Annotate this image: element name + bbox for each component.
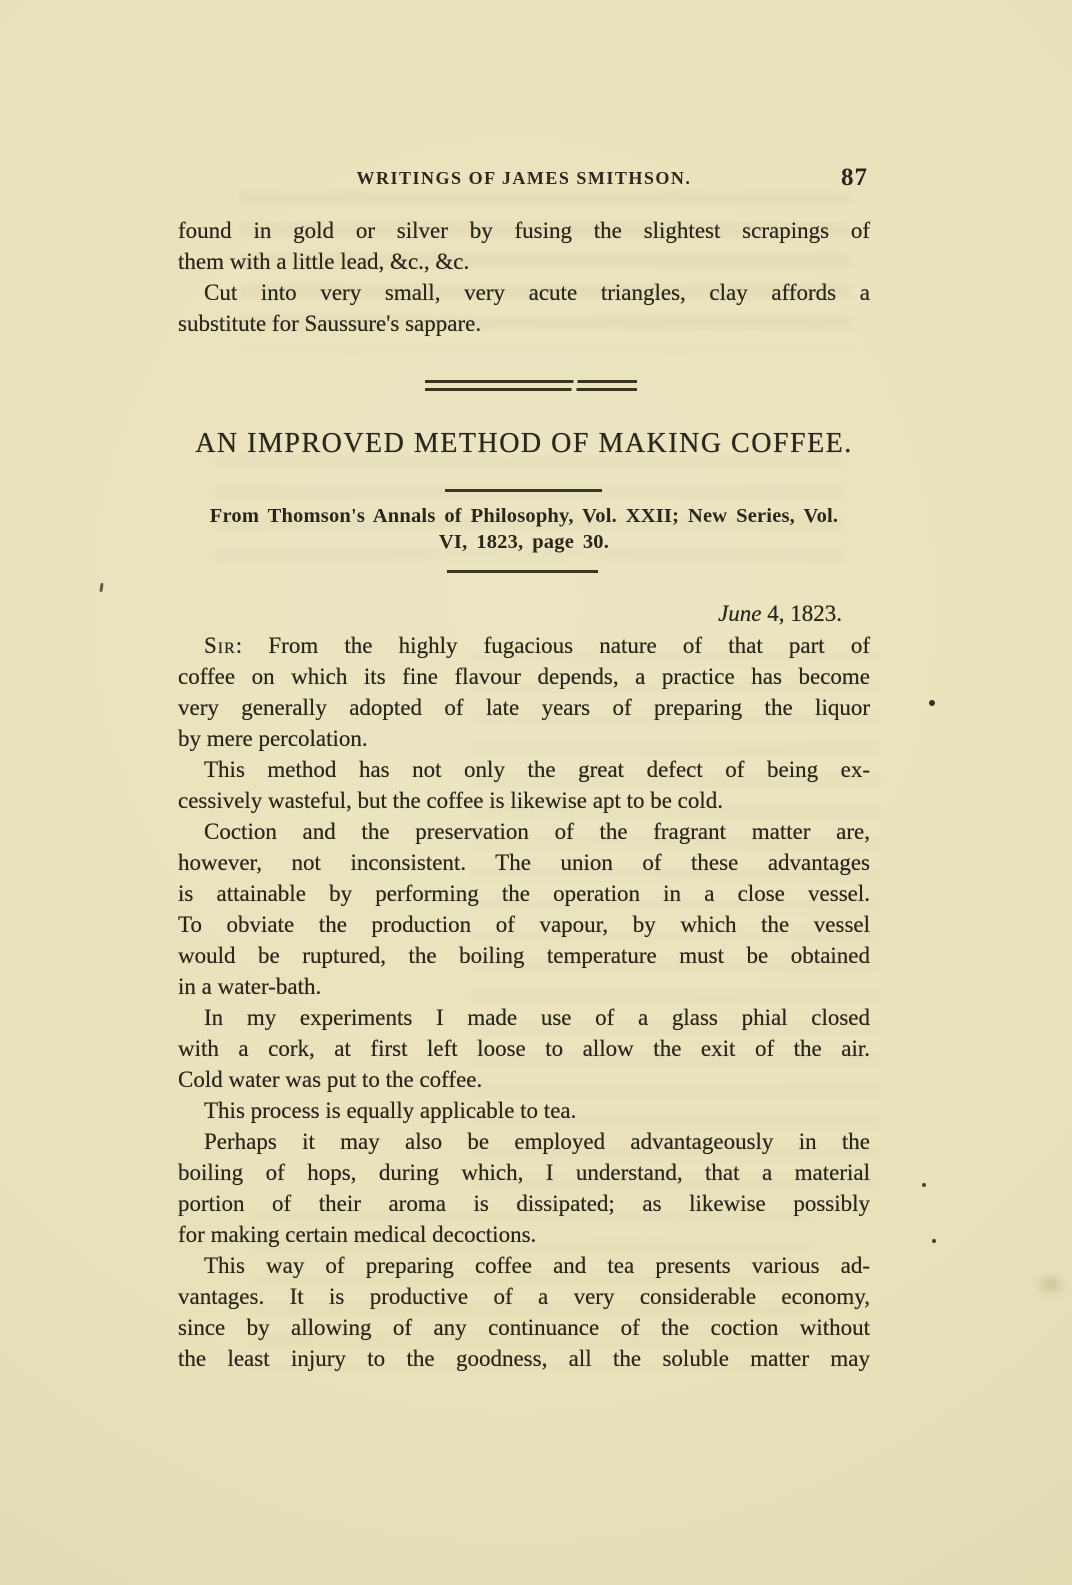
text-line: would be ruptured, the boiling temperatu… [178, 940, 870, 971]
paper-smudge [1040, 1278, 1062, 1292]
article-title: AN IMPROVED METHOD OF MAKING COFFEE. [178, 428, 870, 460]
text-line: is attainable by performing the operatio… [178, 878, 870, 909]
ink-speck [929, 700, 935, 706]
paragraph: Sir: From the highly fugacious nature of… [178, 630, 870, 754]
paragraph: Coction and the preservation of the frag… [178, 816, 870, 1002]
margin-mark [99, 583, 103, 592]
text-line: This process is equally applicable to te… [178, 1095, 870, 1126]
ink-speck [922, 1183, 926, 1187]
paragraph: This method has not only the great defec… [178, 754, 870, 816]
page-number: 87 [841, 164, 868, 192]
running-title: WRITINGS OF JAMES SMITHSON. [357, 168, 692, 188]
paragraph: Cut into very small, very acute triangle… [178, 277, 870, 339]
text-line: boiling of hops, during which, I underst… [178, 1157, 870, 1188]
paragraph: found in gold or silver by fusing the sl… [178, 215, 870, 277]
text-line: Perhaps it may also be employed advantag… [178, 1126, 870, 1157]
page-header: WRITINGS OF JAMES SMITHSON. 87 [178, 168, 870, 198]
ink-speck [932, 1239, 936, 1243]
smallcaps-lead: Sir [204, 633, 236, 658]
text-line: them with a little lead, &c., &c. [178, 246, 870, 277]
dateline: June 4, 1823. [718, 598, 842, 629]
text-line: with a cork, at first left loose to allo… [178, 1033, 870, 1064]
text-line: portion of their aroma is dissipated; as… [178, 1188, 870, 1219]
article-body: Sir: From the highly fugacious nature of… [178, 630, 870, 1374]
section-divider-rule [425, 388, 637, 391]
text-line: for making certain medical decoctions. [178, 1219, 870, 1250]
text-line: since by allowing of any continuance of … [178, 1312, 870, 1343]
text-line: in a water-bath. [178, 971, 870, 1002]
rule-below-source [447, 570, 598, 573]
text-line: Coction and the preservation of the frag… [178, 816, 870, 847]
text-line: cessively wasteful, but the coffee is li… [178, 785, 870, 816]
rule-above-source [445, 489, 602, 492]
paragraph: Perhaps it may also be employed advantag… [178, 1126, 870, 1250]
section-divider-rule [425, 380, 637, 383]
dateline-month: June [718, 601, 761, 626]
dateline-rest: 4, 1823. [762, 601, 843, 626]
text-line: Sir: From the highly fugacious nature of… [178, 630, 870, 661]
source-citation: From Thomson's Annals of Philosophy, Vol… [168, 503, 880, 555]
text-line: the least injury to the goodness, all th… [178, 1343, 870, 1374]
text-line: Cut into very small, very acute triangle… [178, 277, 870, 308]
text-line: by mere percolation. [178, 723, 870, 754]
text-line: very generally adopted of late years of … [178, 692, 870, 723]
text-line: substitute for Saussure's sappare. [178, 308, 870, 339]
text-line: To obviate the production of vapour, by … [178, 909, 870, 940]
text-line: This way of preparing coffee and tea pre… [178, 1250, 870, 1281]
text-line: In my experiments I made use of a glass … [178, 1002, 870, 1033]
intro-paragraphs: found in gold or silver by fusing the sl… [178, 215, 870, 339]
text-line: Cold water was put to the coffee. [178, 1064, 870, 1095]
text-line: found in gold or silver by fusing the sl… [178, 215, 870, 246]
paragraph: This way of preparing coffee and tea pre… [178, 1250, 870, 1374]
book-page-scan: WRITINGS OF JAMES SMITHSON. 87 found in … [0, 0, 1072, 1585]
paragraph: In my experiments I made use of a glass … [178, 1002, 870, 1095]
source-line: VI, 1823, page 30. [168, 529, 880, 555]
text-line: This method has not only the great defec… [178, 754, 870, 785]
text-line: vantages. It is productive of a very con… [178, 1281, 870, 1312]
text-line: coffee on which its fine flavour depends… [178, 661, 870, 692]
text-line: however, not inconsistent. The union of … [178, 847, 870, 878]
source-line: From Thomson's Annals of Philosophy, Vol… [168, 503, 880, 529]
paragraph: This process is equally applicable to te… [178, 1095, 870, 1126]
